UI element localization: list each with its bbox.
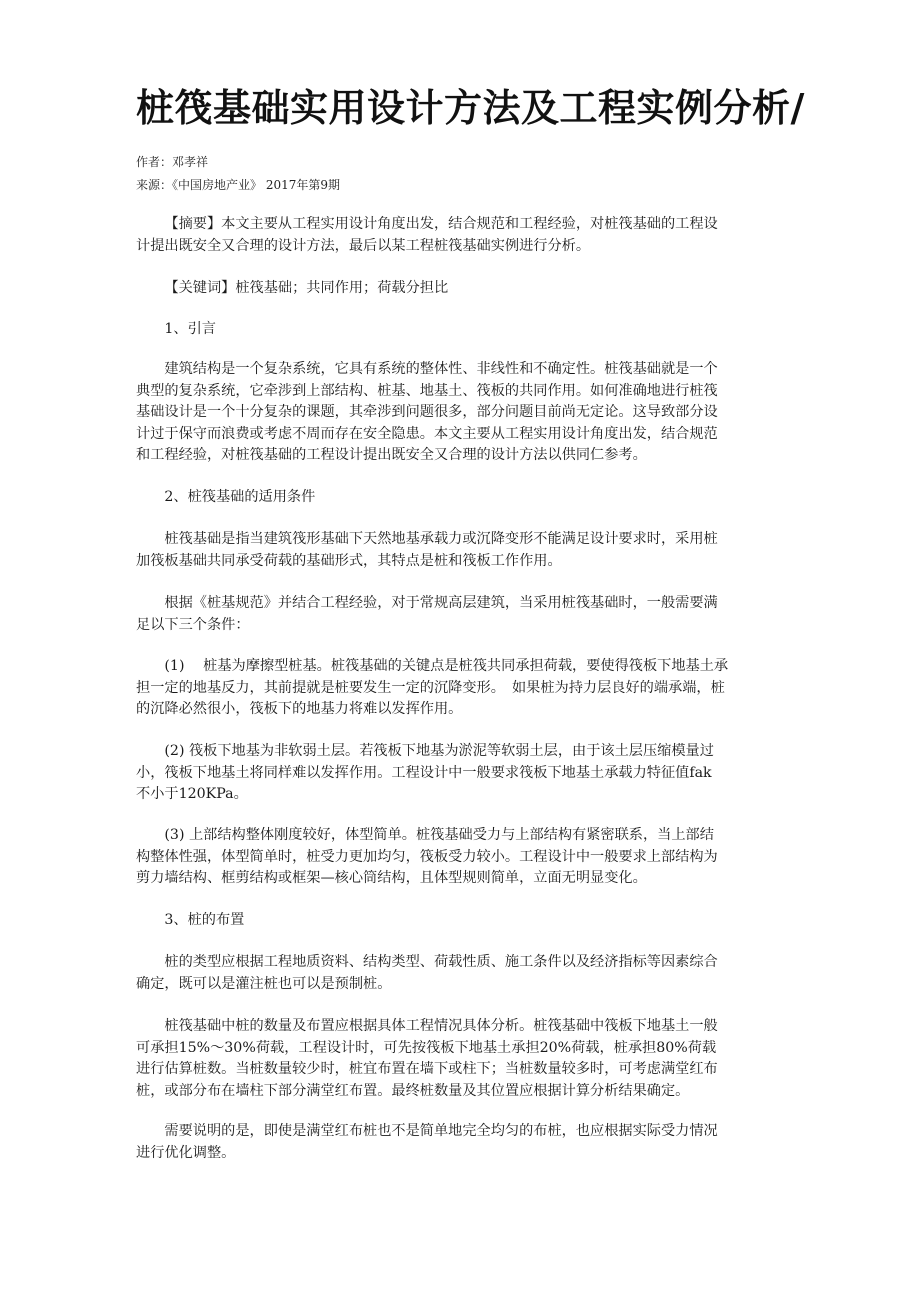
author-line: 作者：邓孝祥 (136, 154, 208, 170)
section-heading-applicable-conditions: 2、桩筏基础的适用条件 (136, 487, 315, 509)
abstract-paragraph: 【摘要】本文主要从工程实用设计角度出发，结合规范和工程经验，对桩筏基础的工程设 … (136, 214, 776, 257)
pile-quantity-paragraph: 桩筏基础中桩的数量及布置应根据具体工程情况具体分析。桩筏基础中筏板下地基土一般 … (136, 1016, 776, 1102)
text-line: 桩筏基础中桩的数量及布置应根据具体工程情况具体分析。桩筏基础中筏板下地基土一般 (136, 1016, 776, 1038)
document-title: 桩筏基础实用设计方法及工程实例分析/ (136, 84, 805, 132)
text-line: 担一定的地基反力，其前提就是桩要发生一定的沉降变形。 如果桩为持力层良好的端承端… (136, 678, 776, 700)
text-line: 剪力墙结构、框剪结构或框架—核心筒结构，且体型规则简单，立面无明显变化。 (136, 868, 776, 890)
section-heading-introduction: 1、引言 (136, 319, 216, 341)
condition-1-paragraph: (1) 桩基为摩擦型桩基。桩筏基础的关键点是桩筏共同承担荷载，要使得筏板下地基土… (136, 656, 776, 721)
text-line: 【摘要】本文主要从工程实用设计角度出发，结合规范和工程经验，对桩筏基础的工程设 (136, 214, 776, 236)
text-line: (3) 上部结构整体刚度较好，体型简单。桩筏基础受力与上部结构有紧密联系，当上部… (136, 825, 776, 847)
text-line: 典型的复杂系统，它牵涉到上部结构、桩基、地基土、筏板的共同作用。如何准确地进行桩… (136, 381, 776, 403)
section-heading-pile-layout: 3、桩的布置 (136, 910, 244, 932)
conditions-intro-paragraph: 根据《桩基规范》并结合工程经验，对于常规高层建筑，当采用桩筏基础时，一般需要满 … (136, 593, 776, 636)
text-line: 桩，或部分布在墙柱下部分满堂红布置。最终桩数量及其位置应根据计算分析结果确定。 (136, 1081, 776, 1103)
source-line: 来源：《中国房地产业》 2017年第9期 (136, 177, 340, 193)
keywords-line: 【关键词】桩筏基础；共同作用；荷载分担比 (136, 278, 448, 300)
condition-2-paragraph: (2) 筏板下地基为非软弱土层。若筏板下地基为淤泥等软弱土层，由于该土层压缩模量… (136, 741, 776, 806)
text-line: 构整体性强，体型简单时，桩受力更加均匀，筏板受力较小。工程设计中一般要求上部结构… (136, 847, 776, 869)
text-line: 的沉降必然很小，筏板下的地基力将难以发挥作用。 (136, 699, 776, 721)
text-line: 小，筏板下地基土将同样难以发挥作用。工程设计中一般要求筏板下地基土承载力特征值f… (136, 763, 776, 785)
text-line: 足以下三个条件： (136, 615, 776, 637)
text-line: (1) 桩基为摩擦型桩基。桩筏基础的关键点是桩筏共同承担荷载，要使得筏板下地基土… (136, 656, 776, 678)
text-line: 计过于保守而浪费或考虑不周而存在安全隐患。本文主要从工程实用设计角度出发，结合规… (136, 424, 776, 446)
text-line: 不小于120KPa。 (136, 784, 776, 806)
text-line: 根据《桩基规范》并结合工程经验，对于常规高层建筑，当采用桩筏基础时，一般需要满 (136, 593, 776, 615)
pile-type-paragraph: 桩的类型应根据工程地质资料、结构类型、荷载性质、施工条件以及经济指标等因素综合 … (136, 952, 776, 995)
text-line: 建筑结构是一个复杂系统，它具有系统的整体性、非线性和不确定性。桩筏基础就是一个 (136, 359, 776, 381)
pile-optimization-paragraph: 需要说明的是，即使是满堂红布桩也不是简单地完全均匀的布桩，也应根据实际受力情况 … (136, 1121, 776, 1164)
definition-paragraph: 桩筏基础是指当建筑筏形基础下天然地基承载力或沉降变形不能满足设计要求时，采用桩 … (136, 529, 776, 572)
text-line: 可承担15%～30%荷载，工程设计时，可先按筏板下地基土承担20%荷载，桩承担8… (136, 1038, 776, 1060)
introduction-paragraph: 建筑结构是一个复杂系统，它具有系统的整体性、非线性和不确定性。桩筏基础就是一个 … (136, 359, 776, 467)
text-line: 进行优化调整。 (136, 1143, 776, 1165)
text-line: 确定，既可以是灌注桩也可以是预制桩。 (136, 974, 776, 996)
text-line: (2) 筏板下地基为非软弱土层。若筏板下地基为淤泥等软弱土层，由于该土层压缩模量… (136, 741, 776, 763)
text-line: 进行估算桩数。当桩数量较少时，桩宜布置在墙下或柱下；当桩数量较多时，可考虑满堂红… (136, 1059, 776, 1081)
condition-3-paragraph: (3) 上部结构整体刚度较好，体型简单。桩筏基础受力与上部结构有紧密联系，当上部… (136, 825, 776, 890)
text-line: 需要说明的是，即使是满堂红布桩也不是简单地完全均匀的布桩，也应根据实际受力情况 (136, 1121, 776, 1143)
text-line: 桩筏基础是指当建筑筏形基础下天然地基承载力或沉降变形不能满足设计要求时，采用桩 (136, 529, 776, 551)
text-line: 加筏板基础共同承受荷载的基础形式，其特点是桩和筏板工作作用。 (136, 551, 776, 573)
text-line: 桩的类型应根据工程地质资料、结构类型、荷载性质、施工条件以及经济指标等因素综合 (136, 952, 776, 974)
text-line: 基础设计是一个十分复杂的课题，其牵涉到问题很多，部分问题目前尚无定论。这导致部分… (136, 402, 776, 424)
text-line: 和工程经验，对桩筏基础的工程设计提出既安全又合理的设计方法以供同仁参考。 (136, 445, 776, 467)
text-line: 计提出既安全又合理的设计方法，最后以某工程桩筏基础实例进行分析。 (136, 236, 776, 258)
